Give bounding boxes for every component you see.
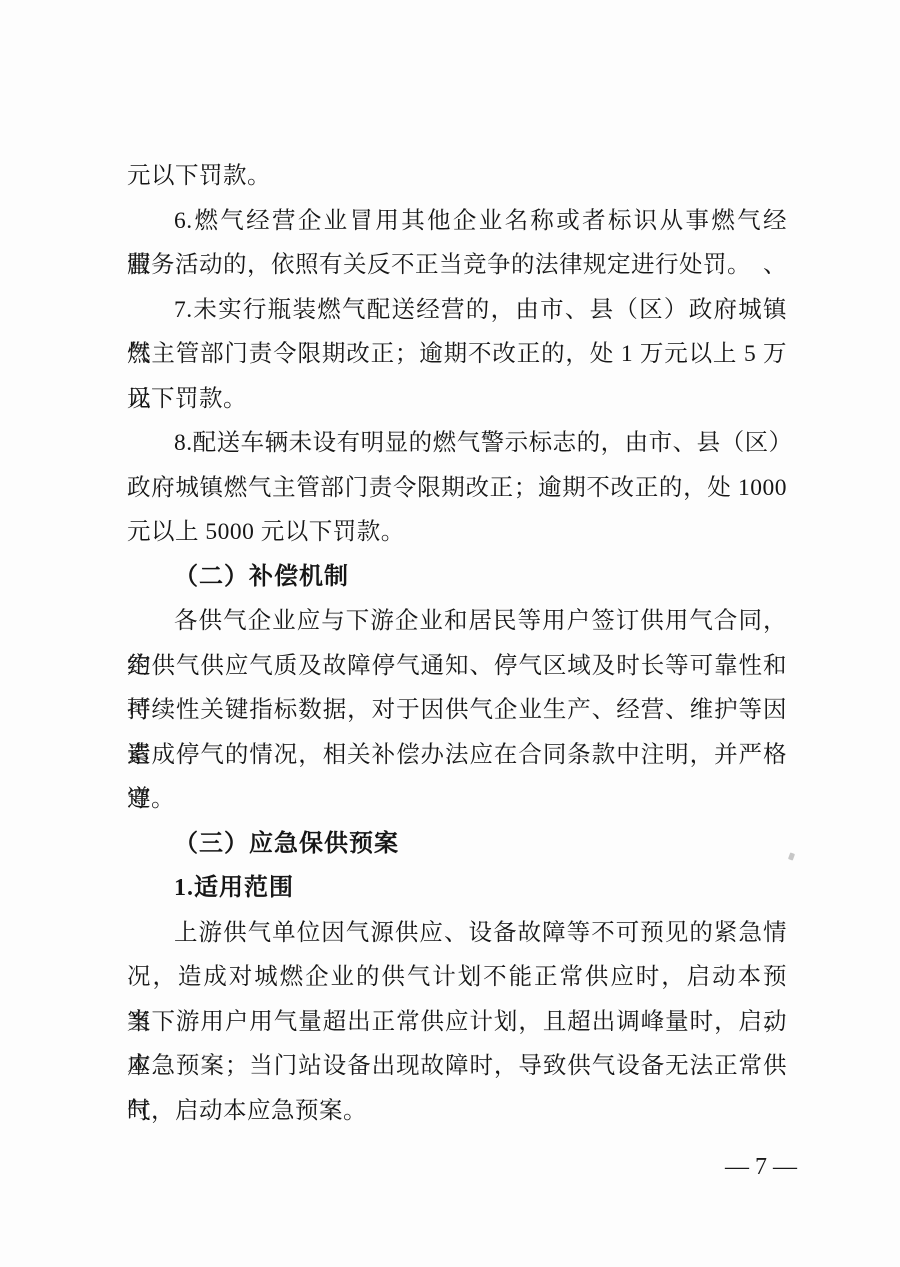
- page-number: — 7 —: [725, 1152, 797, 1182]
- heading-line: （二）补偿机制: [127, 555, 787, 600]
- scan-artifact: [788, 852, 795, 860]
- text-line: 7.未实行瓶装燃气配送经营的，由市、县（区）政府城镇燃: [127, 288, 787, 333]
- text-line: 政府城镇燃气主管部门责令限期改正；逾期不改正的，处 1000: [127, 466, 787, 511]
- heading-line: 1.适用范围: [127, 866, 787, 911]
- text-line: 以下罚款。: [127, 377, 787, 422]
- document-text-block: 元以下罚款。6.燃气经营企业冒用其他企业名称或者标识从事燃气经营、服务活动的，依…: [127, 154, 787, 1133]
- text-line: 元以上 5000 元以下罚款。: [127, 510, 787, 555]
- text-line: 应急预案；当门站设备出现故障时，导致供气设备无法正常供气: [127, 1044, 787, 1089]
- text-line: 服务活动的，依照有关反不正当竞争的法律规定进行处罚。: [127, 243, 787, 288]
- text-line: 时，启动本应急预案。: [127, 1089, 787, 1134]
- text-line: 6.燃气经营企业冒用其他企业名称或者标识从事燃气经营、: [127, 199, 787, 244]
- text-line: 各供气企业应与下游企业和居民等用户签订供用气合同，约: [127, 599, 787, 644]
- text-line: 况，造成对城燃企业的供气计划不能正常供应时，启动本预案；: [127, 955, 787, 1000]
- text-line: 气主管部门责令限期改正；逾期不改正的，处 1 万元以上 5 万元: [127, 332, 787, 377]
- text-line: 当下游用户用气量超出正常供应计划，且超出调峰量时，启动本: [127, 1000, 787, 1045]
- text-line: 造成停气的情况，相关补偿办法应在合同条款中注明，并严格遵: [127, 733, 787, 778]
- text-line: 守。: [127, 777, 787, 822]
- document-page: 元以下罚款。6.燃气经营企业冒用其他企业名称或者标识从事燃气经营、服务活动的，依…: [0, 0, 900, 1267]
- heading-line: （三）应急保供预案: [127, 822, 787, 867]
- text-line: 持续性关键指标数据，对于因供气企业生产、经营、维护等因素: [127, 688, 787, 733]
- text-line: 8.配送车辆未设有明显的燃气警示标志的，由市、县（区）: [127, 421, 787, 466]
- text-line: 定供气供应气质及故障停气通知、停气区域及时长等可靠性和可: [127, 644, 787, 689]
- text-line: 上游供气单位因气源供应、设备故障等不可预见的紧急情: [127, 911, 787, 956]
- text-line: 元以下罚款。: [127, 154, 787, 199]
